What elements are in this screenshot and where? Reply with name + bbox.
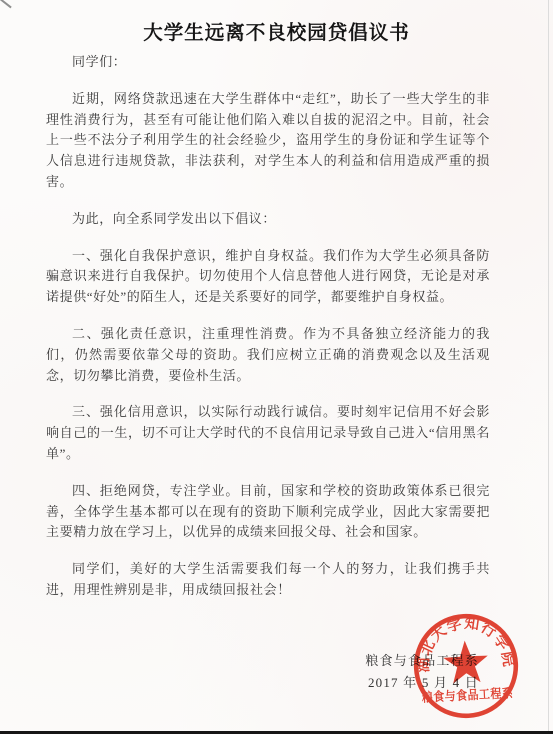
greeting-line: 同学们： xyxy=(46,52,490,73)
document-body: 同学们： 近期，网络贷款迅速在大学生群体中“走红”，助长了一些大学生的非理性消费… xyxy=(46,44,490,601)
star-icon xyxy=(442,639,489,684)
paragraph-item-1: 一、强化自我保护意识，维护自身权益。我们作为大学生必须具备防骗意识来进行自我保护… xyxy=(46,246,490,308)
paragraph-closing: 同学们，美好的大学生活需要我们每一个人的努力，让我们携手共进，用理性辨别是非，用… xyxy=(46,559,490,601)
scanned-document-page: 大学生远离不良校园贷倡议书 同学们： 近期，网络贷款迅速在大学生群体中“走红”，… xyxy=(0,0,553,734)
official-seal: 湖北大学知行学院 粮食与食品工程系 xyxy=(402,602,530,730)
scan-edge-line-right xyxy=(548,0,549,731)
paragraph-item-2: 二、强化责任意识，注重理性消费。作为不具备独立经济能力的我们，仍然需要依靠父母的… xyxy=(46,324,490,386)
scan-corner-mark xyxy=(0,0,12,8)
paragraph-intro: 近期，网络贷款迅速在大学生群体中“走红”，助长了一些大学生的非理性消费行为，甚至… xyxy=(46,89,490,193)
paragraph-item-3: 三、强化信用意识，以实际行动践行诚信。要时刻牢记信用不好会影响自己的一生，切不可… xyxy=(46,402,490,464)
paragraph-item-4: 四、拒绝网贷，专注学业。目前，国家和学校的资助政策体系已很完善，全体学生基本都可… xyxy=(46,481,490,543)
page-title: 大学生远离不良校园贷倡议书 xyxy=(0,17,553,45)
paragraph-proposal-lead: 为此，向全系同学发出以下倡议： xyxy=(46,209,490,230)
